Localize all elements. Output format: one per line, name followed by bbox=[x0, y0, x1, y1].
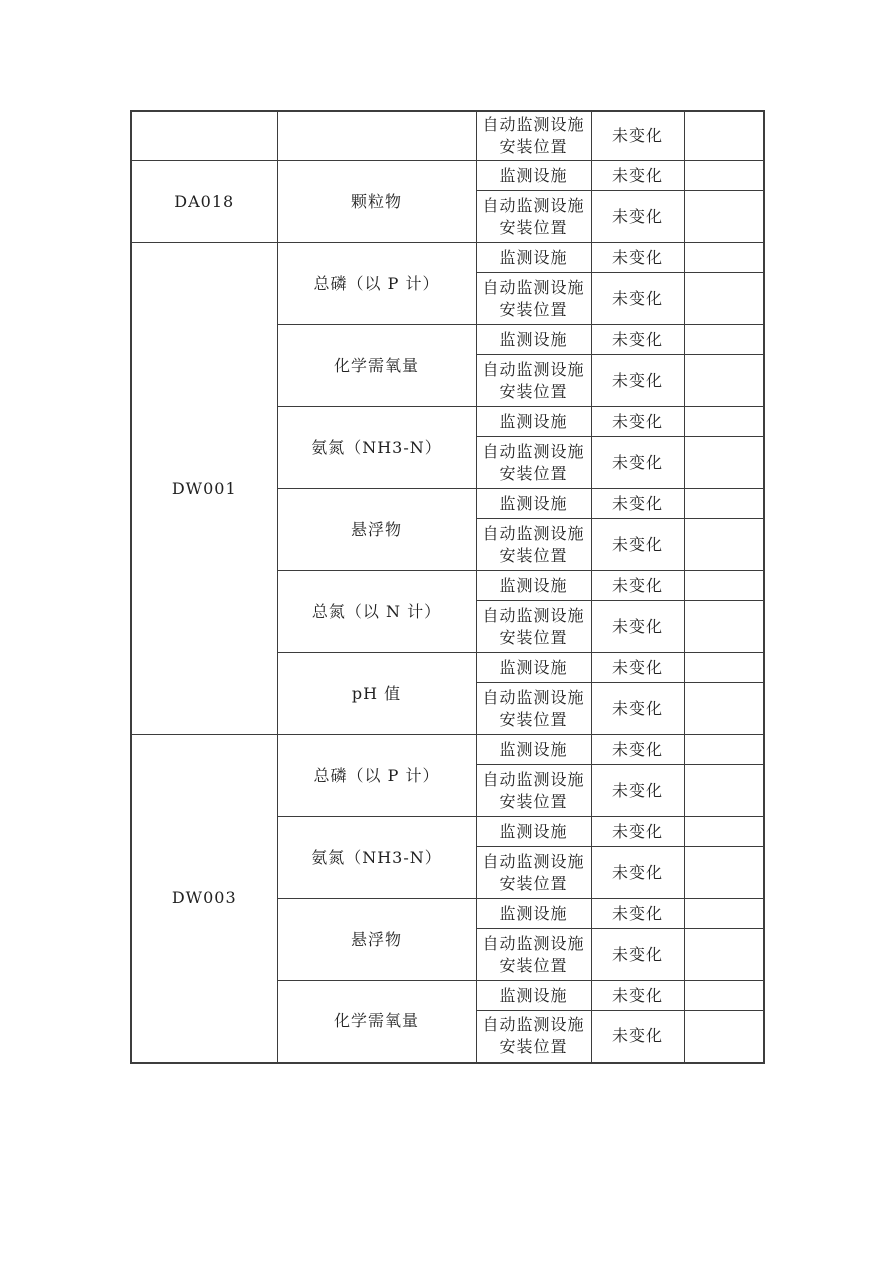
change-status-cell: 未变化 bbox=[591, 817, 684, 847]
note-cell bbox=[684, 981, 764, 1011]
change-status-cell: 未变化 bbox=[591, 601, 684, 653]
pollutant-name-cell: 总磷（以 P 计） bbox=[277, 735, 476, 817]
change-status-cell: 未变化 bbox=[591, 489, 684, 519]
facility-type-cell: 自动监测设施 安装位置 bbox=[476, 683, 591, 735]
pollutant-name-cell: 颗粒物 bbox=[277, 161, 476, 243]
document-page: 自动监测设施 安装位置未变化DA018颗粒物监测设施未变化自动监测设施 安装位置… bbox=[0, 0, 893, 1262]
change-status-cell: 未变化 bbox=[591, 243, 684, 273]
facility-type-cell: 自动监测设施 安装位置 bbox=[476, 1011, 591, 1063]
note-cell bbox=[684, 191, 764, 243]
facility-type-cell: 监测设施 bbox=[476, 817, 591, 847]
facility-type-cell: 监测设施 bbox=[476, 407, 591, 437]
facility-type-cell: 监测设施 bbox=[476, 243, 591, 273]
note-cell bbox=[684, 653, 764, 683]
change-status-cell: 未变化 bbox=[591, 161, 684, 191]
pollutant-name-cell: 悬浮物 bbox=[277, 899, 476, 981]
facility-type-cell: 自动监测设施 安装位置 bbox=[476, 601, 591, 653]
change-status-cell: 未变化 bbox=[591, 929, 684, 981]
note-cell bbox=[684, 765, 764, 817]
pollutant-name-cell: 氨氮（NH3-N） bbox=[277, 817, 476, 899]
table-row: DW003总磷（以 P 计）监测设施未变化 bbox=[131, 735, 764, 765]
facility-type-cell: 自动监测设施 安装位置 bbox=[476, 765, 591, 817]
note-cell bbox=[684, 847, 764, 899]
outlet-code-cell: DA018 bbox=[131, 161, 277, 243]
note-cell bbox=[684, 437, 764, 489]
note-cell bbox=[684, 161, 764, 191]
facility-type-cell: 监测设施 bbox=[476, 735, 591, 765]
note-cell bbox=[684, 817, 764, 847]
table-row: DA018颗粒物监测设施未变化 bbox=[131, 161, 764, 191]
note-cell bbox=[684, 1011, 764, 1063]
note-cell bbox=[684, 489, 764, 519]
note-cell bbox=[684, 899, 764, 929]
pollutant-name-cell: 化学需氧量 bbox=[277, 325, 476, 407]
pollutant-name-cell: 总磷（以 P 计） bbox=[277, 243, 476, 325]
pollutant-name-cell: 悬浮物 bbox=[277, 489, 476, 571]
facility-type-cell: 监测设施 bbox=[476, 161, 591, 191]
note-cell bbox=[684, 683, 764, 735]
note-cell bbox=[684, 407, 764, 437]
facility-type-cell: 监测设施 bbox=[476, 489, 591, 519]
change-status-cell: 未变化 bbox=[591, 519, 684, 571]
change-status-cell: 未变化 bbox=[591, 981, 684, 1011]
facility-type-cell: 自动监测设施 安装位置 bbox=[476, 111, 591, 161]
pollutant-name-cell: 化学需氧量 bbox=[277, 981, 476, 1063]
change-status-cell: 未变化 bbox=[591, 1011, 684, 1063]
change-status-cell: 未变化 bbox=[591, 571, 684, 601]
facility-type-cell: 自动监测设施 安装位置 bbox=[476, 273, 591, 325]
pollutant-name-cell bbox=[277, 111, 476, 161]
facility-type-cell: 监测设施 bbox=[476, 571, 591, 601]
facility-type-cell: 自动监测设施 安装位置 bbox=[476, 847, 591, 899]
facility-type-cell: 监测设施 bbox=[476, 899, 591, 929]
facility-type-cell: 自动监测设施 安装位置 bbox=[476, 191, 591, 243]
change-status-cell: 未变化 bbox=[591, 191, 684, 243]
facility-type-cell: 自动监测设施 安装位置 bbox=[476, 437, 591, 489]
outlet-code-cell: DW001 bbox=[131, 243, 277, 735]
facility-type-cell: 监测设施 bbox=[476, 653, 591, 683]
pollutant-name-cell: 氨氮（NH3-N） bbox=[277, 407, 476, 489]
facility-type-cell: 自动监测设施 安装位置 bbox=[476, 519, 591, 571]
change-status-cell: 未变化 bbox=[591, 355, 684, 407]
outlet-code-cell bbox=[131, 111, 277, 161]
monitoring-change-table-wrap: 自动监测设施 安装位置未变化DA018颗粒物监测设施未变化自动监测设施 安装位置… bbox=[130, 110, 765, 1064]
note-cell bbox=[684, 571, 764, 601]
change-status-cell: 未变化 bbox=[591, 735, 684, 765]
change-status-cell: 未变化 bbox=[591, 111, 684, 161]
change-status-cell: 未变化 bbox=[591, 683, 684, 735]
change-status-cell: 未变化 bbox=[591, 325, 684, 355]
facility-type-cell: 自动监测设施 安装位置 bbox=[476, 929, 591, 981]
monitoring-change-table: 自动监测设施 安装位置未变化DA018颗粒物监测设施未变化自动监测设施 安装位置… bbox=[130, 110, 765, 1064]
change-status-cell: 未变化 bbox=[591, 899, 684, 929]
table-row: DW001总磷（以 P 计）监测设施未变化 bbox=[131, 243, 764, 273]
note-cell bbox=[684, 929, 764, 981]
note-cell bbox=[684, 273, 764, 325]
note-cell bbox=[684, 601, 764, 653]
change-status-cell: 未变化 bbox=[591, 847, 684, 899]
note-cell bbox=[684, 735, 764, 765]
note-cell bbox=[684, 519, 764, 571]
change-status-cell: 未变化 bbox=[591, 273, 684, 325]
table-row: 自动监测设施 安装位置未变化 bbox=[131, 111, 764, 161]
facility-type-cell: 监测设施 bbox=[476, 981, 591, 1011]
note-cell bbox=[684, 355, 764, 407]
note-cell bbox=[684, 111, 764, 161]
note-cell bbox=[684, 243, 764, 273]
change-status-cell: 未变化 bbox=[591, 437, 684, 489]
note-cell bbox=[684, 325, 764, 355]
facility-type-cell: 自动监测设施 安装位置 bbox=[476, 355, 591, 407]
facility-type-cell: 监测设施 bbox=[476, 325, 591, 355]
change-status-cell: 未变化 bbox=[591, 653, 684, 683]
pollutant-name-cell: pH 值 bbox=[277, 653, 476, 735]
change-table-body: 自动监测设施 安装位置未变化DA018颗粒物监测设施未变化自动监测设施 安装位置… bbox=[131, 111, 764, 1063]
outlet-code-cell: DW003 bbox=[131, 735, 277, 1063]
change-status-cell: 未变化 bbox=[591, 407, 684, 437]
pollutant-name-cell: 总氮（以 N 计） bbox=[277, 571, 476, 653]
change-status-cell: 未变化 bbox=[591, 765, 684, 817]
